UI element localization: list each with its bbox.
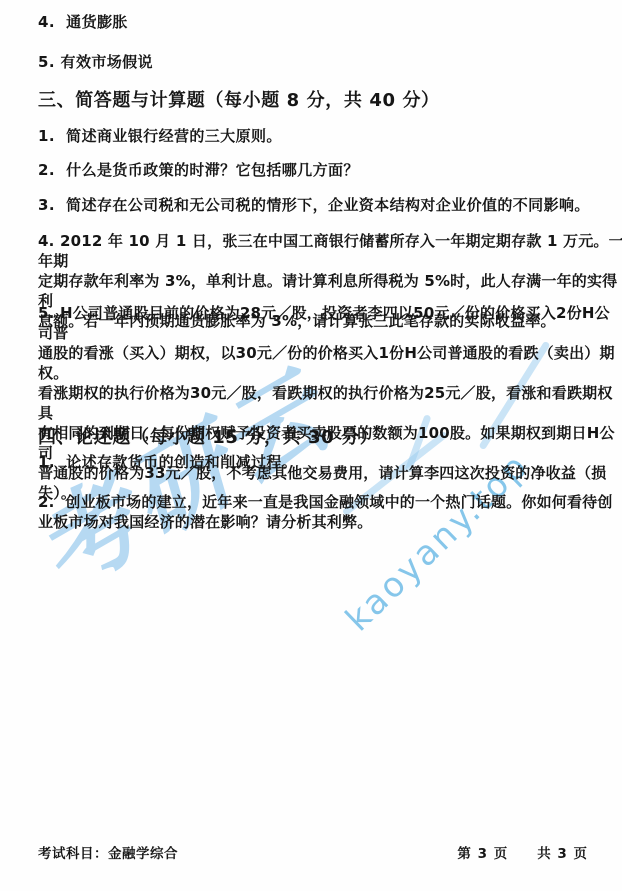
short-answer-question-5: 5. H公司普通股目前的价格为28元／股，投资者李四以50元／份的价格买入2份H…	[38, 303, 622, 503]
short-answer-question-3: 3. 简述存在公司税和无公司税的情形下，企业资本结构对企业价值的不同影响。	[38, 195, 622, 215]
glossary-item-inflation: 4. 通货膨胀	[38, 12, 622, 32]
short-answer-question-2: 2. 什么是货币政策的时滞？它包括哪几方面？	[38, 160, 622, 180]
footer-exam-subject: 考试科目：金融学综合	[38, 842, 178, 862]
exam-page: 考研云 kaoyany.top 4. 通货膨胀 5. 有效市场假说 三、简答题与…	[0, 0, 622, 891]
essay-question-2: 2. 创业板市场的建立，近年来一直是我国金融领域中的一个热门话题。你如何看待创 …	[38, 492, 622, 532]
footer-page-indicator: 第 3 页 共 3 页	[457, 842, 588, 862]
section-heading-essay: 四、论述题（每小题 15 分，共 30 分）	[38, 427, 622, 449]
section-heading-short-answer: 三、简答题与计算题（每小题 8 分，共 40 分）	[38, 90, 622, 112]
glossary-item-efficient-market: 5. 有效市场假说	[38, 52, 622, 72]
short-answer-question-1: 1. 简述商业银行经营的三大原则。	[38, 126, 622, 146]
essay-question-1: 1. 论述存款货币的创造和削减过程。	[38, 452, 622, 472]
